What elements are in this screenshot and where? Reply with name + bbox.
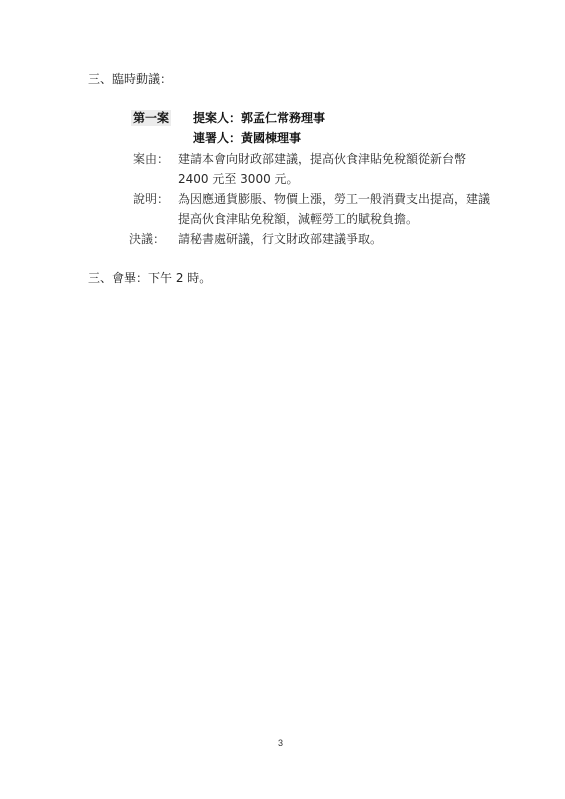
subject-label: 案由：	[133, 151, 169, 167]
adjournment-heading: 三、會畢：下午 2 時。	[88, 270, 211, 286]
proposer: 提案人：郭孟仁常務理事	[193, 110, 325, 126]
case-number: 第一案	[131, 110, 171, 126]
subject-text-line2: 2400 元至 3000 元。	[178, 171, 299, 187]
resolution-label: 決議：	[129, 231, 165, 247]
resolution-text: 請秘書處研議，行文財政部建議爭取。	[178, 231, 382, 247]
explanation-text-line2: 提高伙食津貼免稅額，減輕勞工的賦稅負擔。	[178, 211, 418, 227]
cosigner: 連署人：黃國棟理事	[193, 130, 301, 146]
extempore-motions-heading: 三、臨時動議：	[88, 71, 172, 87]
explanation-text-line1: 為因應通貨膨脹、物價上漲，勞工一般消費支出提高，建議	[178, 191, 490, 207]
explanation-label: 說明：	[133, 191, 169, 207]
subject-text-line1: 建請本會向財政部建議，提高伙食津貼免稅額從新台幣	[178, 151, 466, 167]
page-number: 3	[278, 735, 283, 751]
